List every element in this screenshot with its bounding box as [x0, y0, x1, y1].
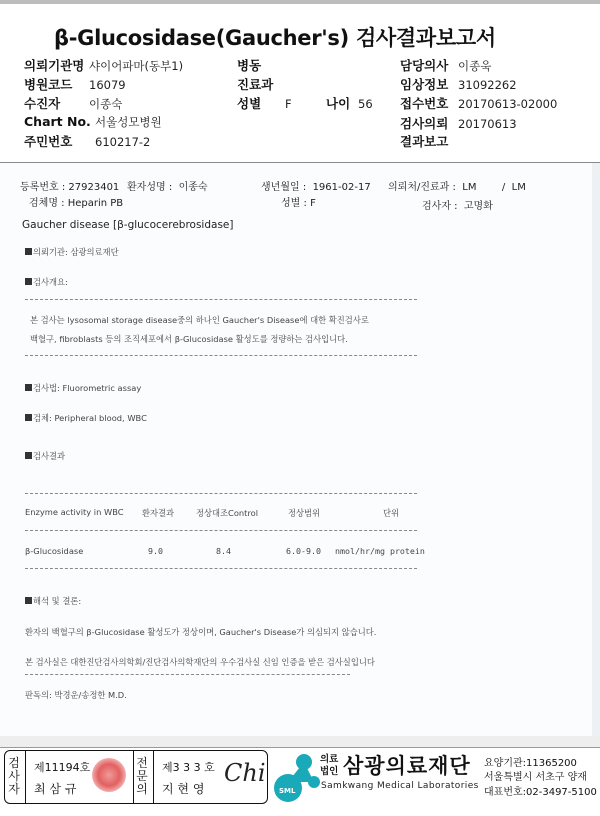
field-requesting-institution: 의뢰기관명샤이어파마(동부1) [24, 56, 183, 74]
specimen-name: 검체명 : Heparin PB [29, 194, 123, 209]
overview-heading: 검사개요: [25, 276, 68, 288]
patient-sex: 성별 : F [281, 194, 316, 209]
field-patient: 수진자이종숙 [24, 94, 122, 112]
field-ward: 병동 [237, 56, 261, 74]
dashed-divider [25, 530, 417, 531]
method-line: 검사법: Fluorometric assay [25, 382, 141, 394]
overview-line-2: 백혈구, fibroblasts 등의 조직세포에서 β-Glucosidase… [30, 333, 348, 345]
overview-line-1: 본 검사는 lysosomal storage disease중의 하나인 Ga… [30, 314, 369, 326]
sml-logo-icon: SML [270, 752, 322, 804]
specimen-line: 검체: Peripheral blood, WBC [25, 412, 147, 424]
bullet-square-icon [25, 597, 32, 604]
dashed-divider [25, 568, 417, 569]
field-test-request-date: 검사의뢰20170613 [400, 114, 517, 132]
reader-line: 판독의: 박경운/송정한 M.D. [25, 689, 127, 701]
field-clinical-info: 임상정보31092262 [400, 75, 517, 93]
panel-bottom-border [0, 736, 600, 748]
signature: Chi [224, 759, 266, 787]
dashed-divider [25, 674, 350, 675]
dashed-divider [25, 493, 417, 494]
care-institution-code: 요양기관:11365200 [484, 754, 577, 769]
test-title: Gaucher disease [β-glucocerebrosidase] [22, 219, 233, 231]
field-result-report: 결과보고 [400, 132, 458, 150]
field-attending-doctor: 담당의사이종욱 [400, 56, 491, 74]
field-sex: 성별F [237, 94, 292, 112]
top-border [0, 0, 600, 4]
dashed-divider [25, 355, 417, 356]
institution-line: 의뢰기관: 삼광의료재단 [25, 246, 119, 258]
specialist-vertical-label: 전 문 의 [135, 757, 149, 796]
field-resident-no: 주민번호610217-2 [24, 132, 150, 150]
seal-stamp-icon [92, 758, 126, 792]
svg-text:SML: SML [279, 787, 296, 795]
tester-license-no: 제11194호 [34, 759, 90, 775]
results-header-enzyme: Enzyme activity in WBC [25, 507, 124, 517]
field-department: 진료과 [237, 75, 273, 93]
bullet-square-icon [25, 384, 32, 391]
field-age: 나이56 [326, 94, 373, 112]
certification-text: 본 검사실은 대한진단검사의학회/진단검사의학재단의 우수검사실 신임 인증을 … [25, 656, 375, 668]
tester-vertical-label: 검 사 자 [7, 757, 21, 796]
field-receipt-no: 접수번호20170613-02000 [400, 94, 557, 112]
tester-name: 최 삼 규 [34, 780, 76, 797]
requesting-dept: 의뢰처/진료과 : LM / LM [388, 178, 526, 193]
results-header-control: 정상대조Control [196, 507, 258, 519]
result-unit: nmol/hr/mg protein [335, 546, 425, 556]
result-control-value: 8.4 [216, 546, 231, 556]
registration-number: 등록번호 : 27923401 [20, 178, 119, 193]
tester: 검사자 : 고명화 [422, 197, 493, 212]
specialist-name: 지 현 영 [162, 780, 204, 797]
report-title: β-Glucosidase(Gaucher's) 검사결과보고서 [54, 22, 496, 52]
results-header-unit: 단위 [383, 507, 399, 519]
bullet-square-icon [25, 414, 32, 421]
result-patient-value: 9.0 [148, 546, 163, 556]
field-hospital-code: 병원코드16079 [24, 75, 126, 93]
result-normal-range: 6.0-9.0 [286, 546, 321, 556]
bullet-square-icon [25, 452, 32, 459]
specialist-license-no: 제3 3 3 호 [162, 759, 215, 775]
phone-number: 대표번호:02-3497-5100 [484, 783, 597, 798]
date-of-birth: 생년월일 : 1961-02-17 [261, 178, 371, 193]
org-type: 의료 법인 [320, 754, 338, 778]
field-chart-no: Chart No.서울성모병원 [24, 114, 162, 130]
interpretation-text: 환자의 백혈구의 β-Glucosidase 활성도가 정상이며, Gauche… [25, 626, 376, 638]
results-heading: 검사결과 [25, 450, 65, 462]
address: 서울특별시 서초구 양재 [484, 768, 587, 783]
results-header-range: 정상범위 [288, 507, 320, 519]
bullet-square-icon [25, 248, 32, 255]
bullet-square-icon [25, 278, 32, 285]
dashed-divider [25, 299, 417, 300]
org-name: 삼광의료재단 [343, 750, 471, 780]
interpretation-heading: 해석 및 결론: [25, 595, 81, 607]
results-header-patient: 환자결과 [142, 507, 174, 519]
result-enzyme: β-Glucosidase [25, 546, 83, 556]
org-name-en: Samkwang Medical Laboratories [321, 781, 479, 791]
patient-name: 환자성명 : 이종숙 [127, 178, 208, 193]
